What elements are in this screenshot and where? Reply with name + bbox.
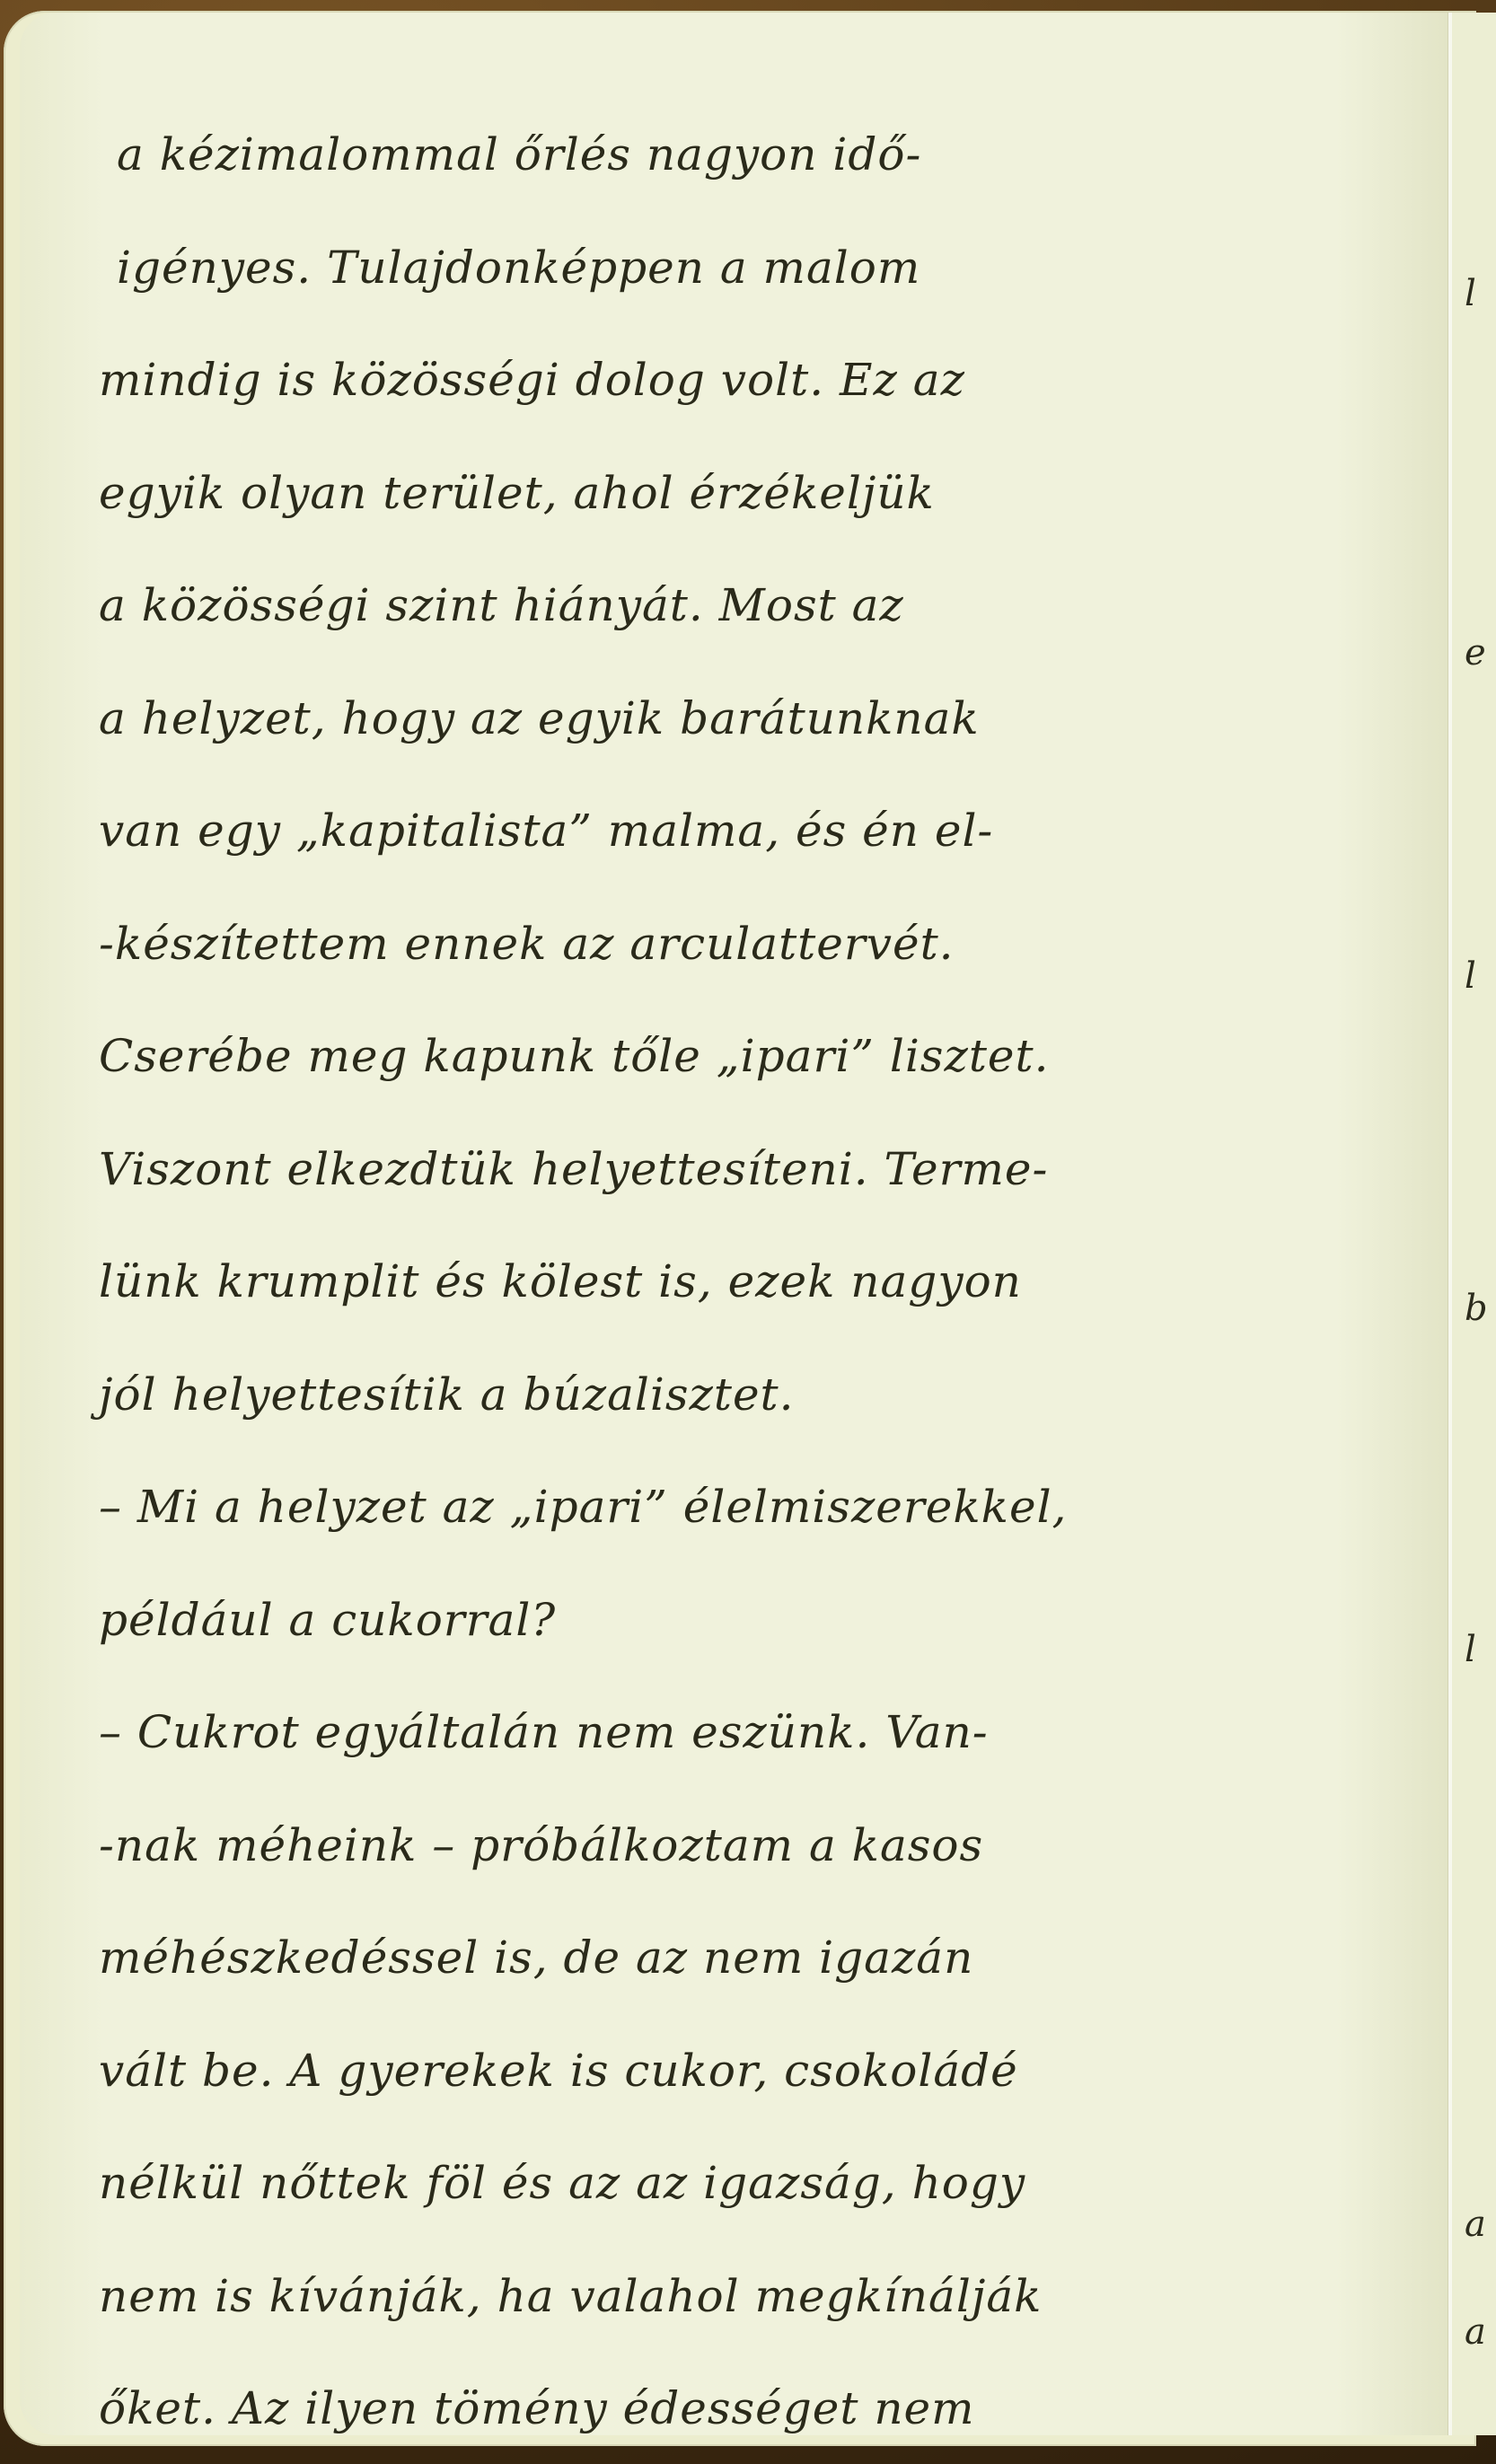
text-line: – Cukrot egyáltalán nem eszünk. Van-: [99, 1676, 1392, 1790]
adjacent-page-letter: a: [1465, 2311, 1486, 2353]
adjacent-page-letter: l: [1465, 955, 1476, 997]
adjacent-page-letter: l: [1465, 273, 1476, 314]
text-line: nélkül nőttek föl és az az igazság, hogy: [99, 2127, 1392, 2240]
text-line: a kézimalommal őrlés nagyon idő-: [99, 99, 1392, 212]
adjacent-page-letter: a: [1465, 2204, 1486, 2245]
text-line: -nak méheink – próbálkoztam a kasos: [99, 1790, 1392, 1903]
text-line: nem is kívánják, ha valahol megkínálják: [99, 2240, 1392, 2354]
text-line: például a cukorral?: [99, 1564, 1392, 1677]
text-line: Viszont elkezdtük helyettesíteni. Terme-: [99, 1113, 1392, 1227]
text-line: Cserébe meg kapunk tőle „ipari” lisztet.: [99, 1000, 1392, 1113]
adjacent-page-letter: b: [1465, 1288, 1488, 1329]
text-line: – Mi a helyzet az „ipari” élelmiszerekke…: [99, 1451, 1392, 1564]
text-line: a helyzet, hogy az egyik barátunknak: [99, 663, 1392, 776]
text-line: vált be. A gyerekek is cukor, csokoládé: [99, 2015, 1392, 2128]
text-line: méhészkedéssel is, de az nem igazán: [99, 1902, 1392, 2015]
text-line: -készítettem ennek az arculattervét.: [99, 888, 1392, 1001]
text-line: igényes. Tulajdonképpen a malom: [99, 212, 1392, 325]
text-line: van egy „kapitalista” malma, és én el-: [99, 775, 1392, 888]
text-line: mindig is közösségi dolog volt. Ez az: [99, 324, 1392, 437]
text-line: a közösségi szint hiányát. Most az: [99, 550, 1392, 663]
adjacent-page-letter: l: [1465, 1629, 1476, 1670]
handwritten-text: a kézimalommal őrlés nagyon idő- igényes…: [99, 99, 1392, 2464]
adjacent-page-edge: l e l b l a a: [1452, 13, 1496, 2435]
adjacent-page-letter: e: [1465, 632, 1486, 673]
text-line: jól helyettesítik a búzalisztet.: [99, 1339, 1392, 1452]
text-line: egyik olyan terület, ahol érzékeljük: [99, 437, 1392, 550]
text-line: lünk krumplit és kölest is, ezek nagyon: [99, 1226, 1392, 1339]
text-line: őket. Az ilyen tömény édességet nem: [99, 2353, 1392, 2464]
